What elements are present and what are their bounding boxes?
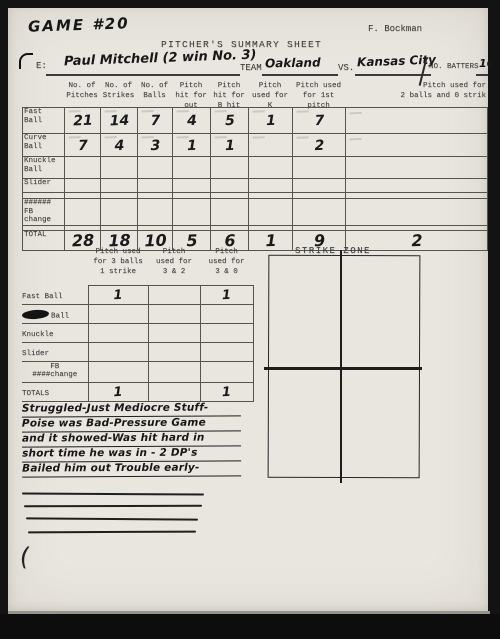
pitch-cell: 1 <box>172 133 211 157</box>
pitch-cell <box>64 156 101 179</box>
row-label: Fast Ball <box>22 286 88 305</box>
pitch-cell <box>248 133 293 158</box>
pitcher-underline <box>46 74 240 76</box>
table-row: Slider <box>23 179 488 193</box>
pen-bracket-mark <box>19 53 33 69</box>
spacer-row <box>23 193 488 199</box>
row-label: TOTALS <box>22 383 88 402</box>
count-cell <box>148 284 201 306</box>
pitch-cell: 1 <box>248 230 293 252</box>
row-label: Knuckle Ball <box>23 157 65 179</box>
pitch-cell <box>172 156 211 179</box>
pitch-cell <box>345 196 488 228</box>
pitch-cell <box>248 178 292 194</box>
stray-paren-mark: ( <box>18 541 33 571</box>
note-line: Bailed him out Trouble early- <box>22 461 241 477</box>
pitch-cell <box>64 198 101 226</box>
count-cell <box>148 381 201 403</box>
row-label: Ball <box>22 305 88 324</box>
column-header: Pitch used for 3 & 0 <box>200 248 253 277</box>
batters-label: NO. BATTERS <box>429 63 479 71</box>
count-cell: 1 <box>88 284 149 306</box>
row-label: Slider <box>22 343 88 362</box>
count-table-headers: Pitch used for 3 balls 1 strike Pitch us… <box>88 248 253 277</box>
pitch-cell: 1 <box>248 107 293 135</box>
count-cell: 1 <box>200 284 254 306</box>
batters-value: 16 <box>479 57 494 70</box>
table-row-total: TOTALS 1 1 <box>22 383 253 402</box>
count-cell: 1 <box>200 381 254 403</box>
count-cell <box>147 360 200 384</box>
row-label: Slider <box>23 179 65 193</box>
pitch-cell: 7 <box>292 107 346 135</box>
blank-ruled-line <box>22 493 204 495</box>
column-header: Pitch used for 3 & 2 <box>148 248 200 277</box>
count-cell <box>200 341 254 363</box>
row-label: FB ####change <box>22 362 88 383</box>
scanned-page: GAME #20 F. Bockman PITCHER'S SUMMARY SH… <box>0 0 500 639</box>
pitch-cell <box>137 156 173 179</box>
table-row: Fast Ball 1 1 <box>22 286 253 305</box>
pitch-cell: 5 <box>210 107 249 134</box>
team-underline <box>262 74 338 76</box>
pitch-cell <box>137 178 172 193</box>
blank-ruled-line <box>28 531 196 533</box>
pitch-cell <box>248 198 293 226</box>
row-label: Fast Ball <box>23 108 65 134</box>
strike-zone-horizontal-line <box>264 367 422 370</box>
pitch-summary-table: Fast Ball 21 14 7 4 5 1 7 Curve Ball 7 4… <box>22 107 488 251</box>
batters-underline <box>476 74 488 76</box>
count-cell <box>200 303 254 325</box>
game-number: GAME #20 <box>28 14 130 36</box>
pitch-cell <box>292 156 346 180</box>
pitch-cell <box>64 178 100 193</box>
count-cell <box>199 360 253 384</box>
note-line: Poise was Bad-Pressure Game <box>22 416 241 432</box>
ink-scribble <box>22 309 50 320</box>
count-cell <box>148 341 201 363</box>
pitch-cell: 2 <box>292 133 346 158</box>
pitch-cell <box>210 198 249 226</box>
table-row: Slider <box>22 343 253 362</box>
blank-ruled-line <box>24 505 202 507</box>
scouting-notes: Struggled-Just Mediocre Stuff- Poise was… <box>22 401 241 477</box>
table-row: Knuckle Ball <box>23 157 488 179</box>
pitch-cell <box>172 178 210 193</box>
table-row: Curve Ball 7 4 3 1 1 2 <box>23 134 488 157</box>
scan-background <box>0 614 500 639</box>
author-name: F. Bockman <box>368 24 422 34</box>
count-table: Fast Ball 1 1 Ball Knuckle Slider <box>22 285 254 402</box>
pitch-cell <box>210 156 249 179</box>
pitch-cell <box>210 178 248 193</box>
count-cell <box>148 322 201 344</box>
pitch-cell <box>248 156 293 180</box>
team-value: Oakland <box>265 56 321 71</box>
blank-ruled-line <box>26 517 198 520</box>
table-row: Fast Ball 21 14 7 4 5 1 7 <box>23 108 488 134</box>
note-line: and it showed-Was hit hard in <box>22 431 241 447</box>
opponent-underline <box>355 74 431 76</box>
row-label: TOTAL <box>23 230 65 250</box>
pitch-cell: 4 <box>100 133 138 157</box>
re-label: E: <box>36 61 47 71</box>
count-cell <box>88 303 149 325</box>
pitch-cell: 14 <box>100 107 138 134</box>
note-line: short time he was in - 2 DP's <box>22 446 241 462</box>
table-row: Ball <box>22 305 253 324</box>
pitchers-summary-sheet: GAME #20 F. Bockman PITCHER'S SUMMARY SH… <box>8 8 488 614</box>
count-cell <box>88 322 149 344</box>
table-row: Knuckle <box>22 324 253 343</box>
pitch-cell <box>292 198 346 227</box>
pitch-cell <box>100 198 138 226</box>
column-header: Pitch used for 3 balls 1 strike <box>88 248 148 277</box>
pitcher-name: Paul Mitchell (2 win No. 3) <box>64 48 257 70</box>
table-row: FB ####change <box>22 362 253 383</box>
count-cell <box>88 341 149 363</box>
pitch-cell: 21 <box>64 107 101 134</box>
row-label-text: Ball <box>51 312 69 320</box>
pitch-cell <box>292 178 345 194</box>
pitch-cell <box>172 198 211 226</box>
count-cell <box>87 360 148 384</box>
row-label: Curve Ball <box>23 134 65 157</box>
row-label: Knuckle <box>22 324 88 343</box>
table-row: ###### FB change <box>23 199 488 226</box>
count-cell <box>148 303 201 325</box>
pitch-cell: 1 <box>210 133 249 157</box>
pitch-cell <box>100 178 137 193</box>
count-cell <box>200 322 254 344</box>
team-label: TEAM <box>240 63 262 73</box>
pitch-cell: 3 <box>137 133 173 157</box>
pitch-cell: 7 <box>64 133 101 157</box>
pitch-cell <box>100 156 138 179</box>
pitch-cell <box>137 198 173 226</box>
note-line: Struggled-Just Mediocre Stuff- <box>22 401 241 417</box>
row-label: ###### FB change <box>23 199 65 226</box>
count-cell: 1 <box>88 381 149 403</box>
pitch-cell: 7 <box>137 107 173 134</box>
vs-label: VS. <box>338 63 354 73</box>
pitch-cell: 4 <box>172 107 211 134</box>
